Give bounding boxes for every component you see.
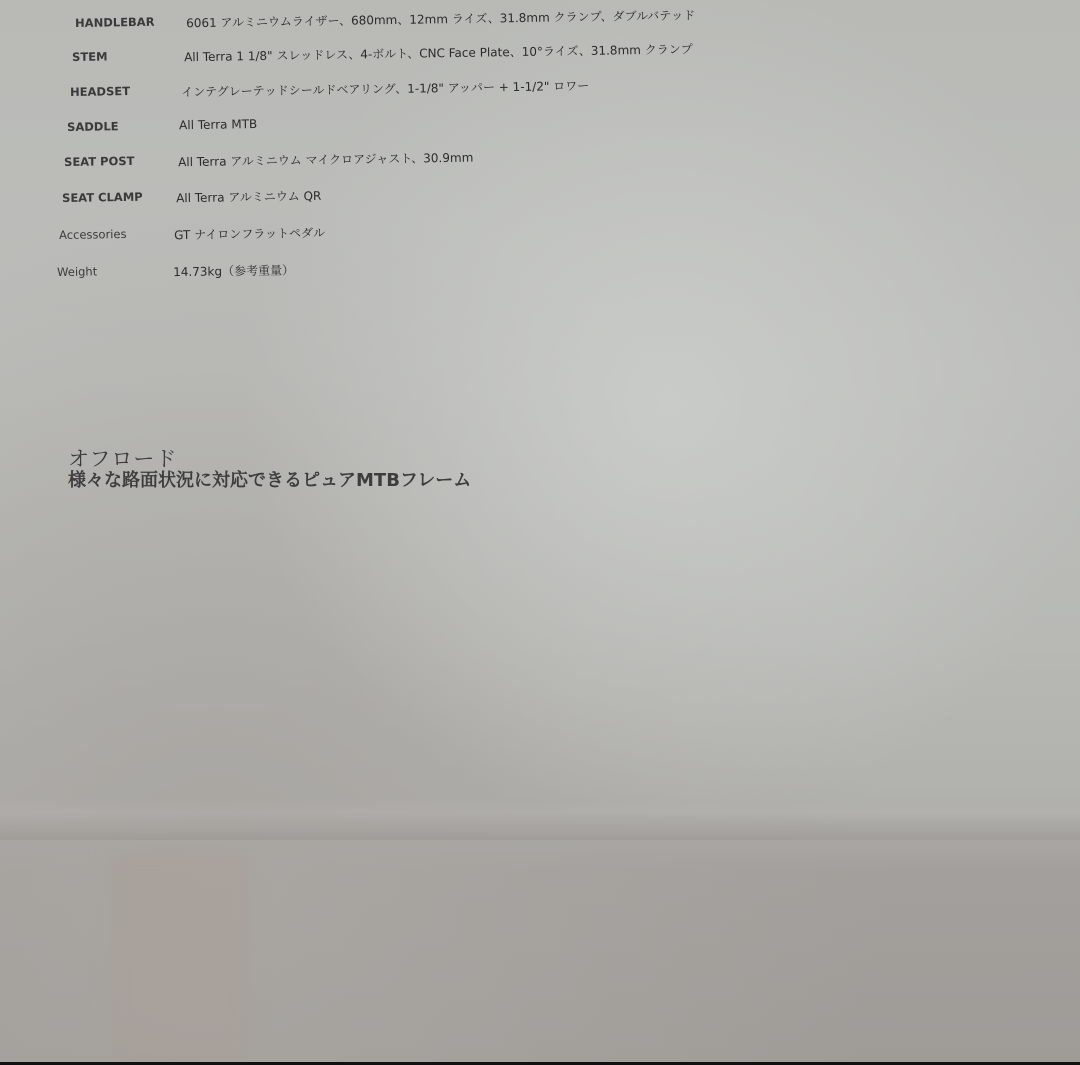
section-subtitle: 様々な路面状況に対応できるピュアMTBフレーム	[68, 470, 471, 492]
spec-label: SEAT POST	[64, 154, 135, 169]
spec-value: All Terra アルミニウム QR	[176, 187, 321, 206]
section-title: オフロード	[68, 447, 177, 471]
spec-sheet-paper: HANDLEBAR 6061 アルミニウムライザー、680mm、12mm ライズ…	[0, 0, 1080, 1062]
spec-label: HANDLEBAR	[75, 15, 155, 30]
spec-label: STEM	[72, 49, 108, 64]
spec-value: All Terra 1 1/8" スレッドレス、4-ボルト、CNC Face P…	[184, 40, 693, 65]
spec-label: SEAT CLAMP	[62, 190, 143, 205]
spec-value: All Terra MTB	[179, 117, 257, 132]
spec-label: Accessories	[59, 227, 127, 242]
spec-value: 14.73kg（参考重量）	[173, 261, 294, 280]
spec-label: HEADSET	[70, 84, 130, 99]
spec-value: インテグレーテッドシールドベアリング、1-1/8" アッパー + 1-1/2" …	[181, 77, 589, 100]
spec-value: All Terra アルミニウム マイクロアジャスト、30.9mm	[178, 149, 473, 171]
spec-label: SADDLE	[67, 119, 119, 134]
paper-fold	[0, 800, 1080, 840]
spec-value: GT ナイロンフラットペダル	[174, 224, 325, 243]
spec-value: 6061 アルミニウムライザー、680mm、12mm ライズ、31.8mm クラ…	[186, 6, 695, 31]
paper-stain	[110, 850, 250, 1062]
spec-label: Weight	[57, 264, 97, 279]
